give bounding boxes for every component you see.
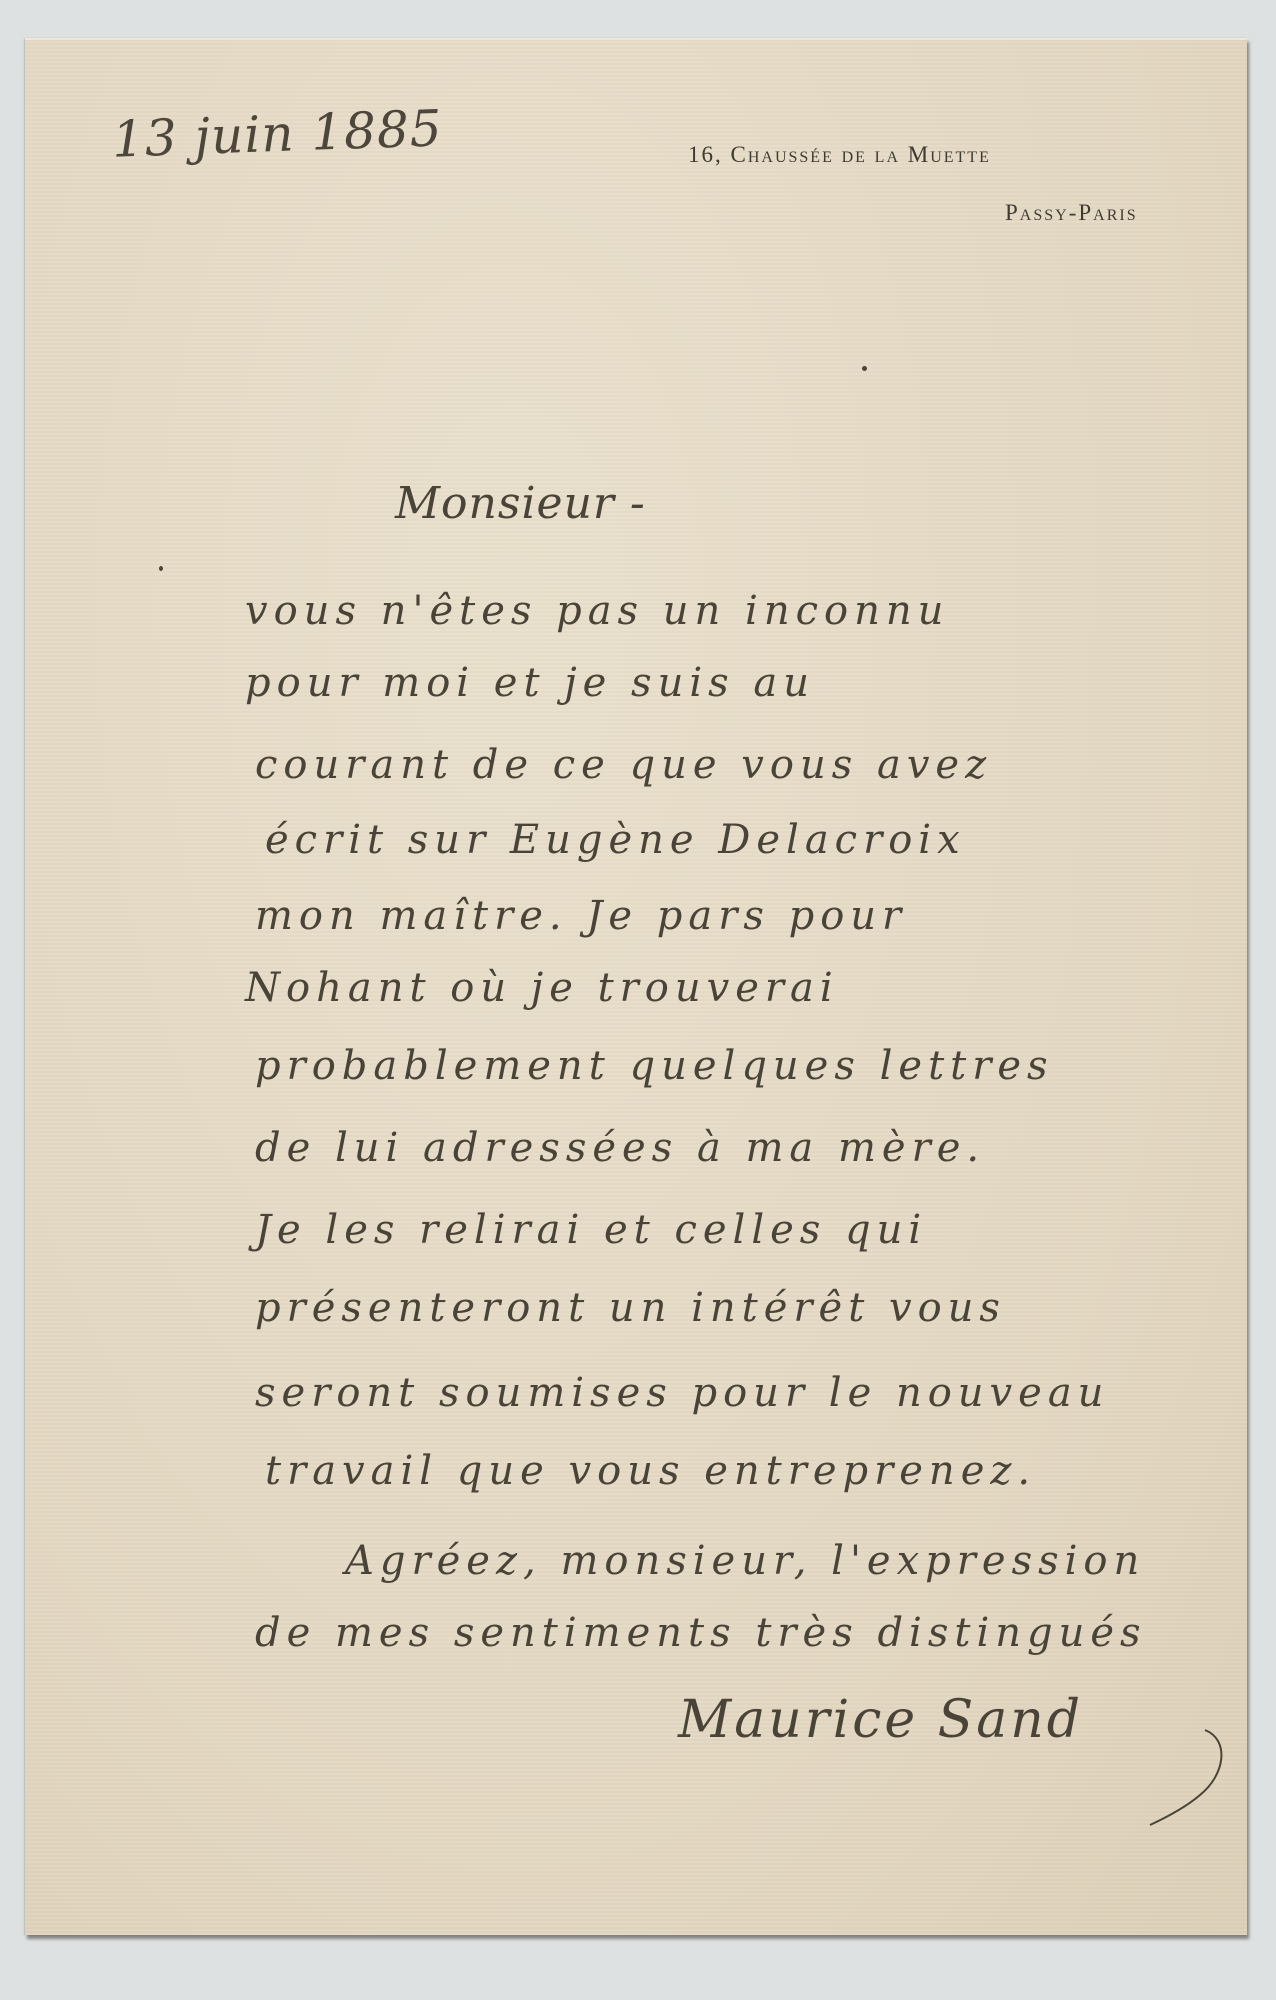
signature-flourish-icon: [1130, 1720, 1240, 1830]
letter-date: 13 juin 1885: [111, 99, 443, 169]
body-line: Je les relirai et celles qui: [255, 1207, 927, 1253]
body-line: vous n'êtes pas un inconnu: [245, 588, 949, 634]
closing-line: de mes sentiments très distingués: [255, 1610, 1147, 1656]
body-line: Nohant où je trouverai: [245, 965, 839, 1011]
closing-line: Agréez, monsieur, l'expression: [345, 1538, 1145, 1584]
body-line: probablement quelques lettres: [255, 1043, 1054, 1089]
body-line: pour moi et je suis au: [245, 660, 815, 706]
signature: Maurice Sand: [678, 1690, 1083, 1750]
body-line: écrit sur Eugène Delacroix: [265, 817, 966, 863]
body-line: présenteront un intérêt vous: [255, 1285, 1006, 1331]
letterhead-city: Passy-Paris: [1005, 200, 1138, 226]
body-line: de lui adressées à ma mère.: [255, 1125, 985, 1171]
letterhead-address: 16, Chaussée de la Muette: [688, 142, 991, 168]
body-line: mon maître. Je pars pour: [255, 893, 907, 939]
ink-speck: [862, 366, 867, 371]
salutation: Monsieur -: [395, 478, 646, 529]
body-line: travail que vous entreprenez.: [265, 1448, 1036, 1494]
ink-speck: [159, 566, 163, 571]
body-line: courant de ce que vous avez: [255, 742, 992, 788]
body-line: seront soumises pour le nouveau: [255, 1370, 1109, 1416]
